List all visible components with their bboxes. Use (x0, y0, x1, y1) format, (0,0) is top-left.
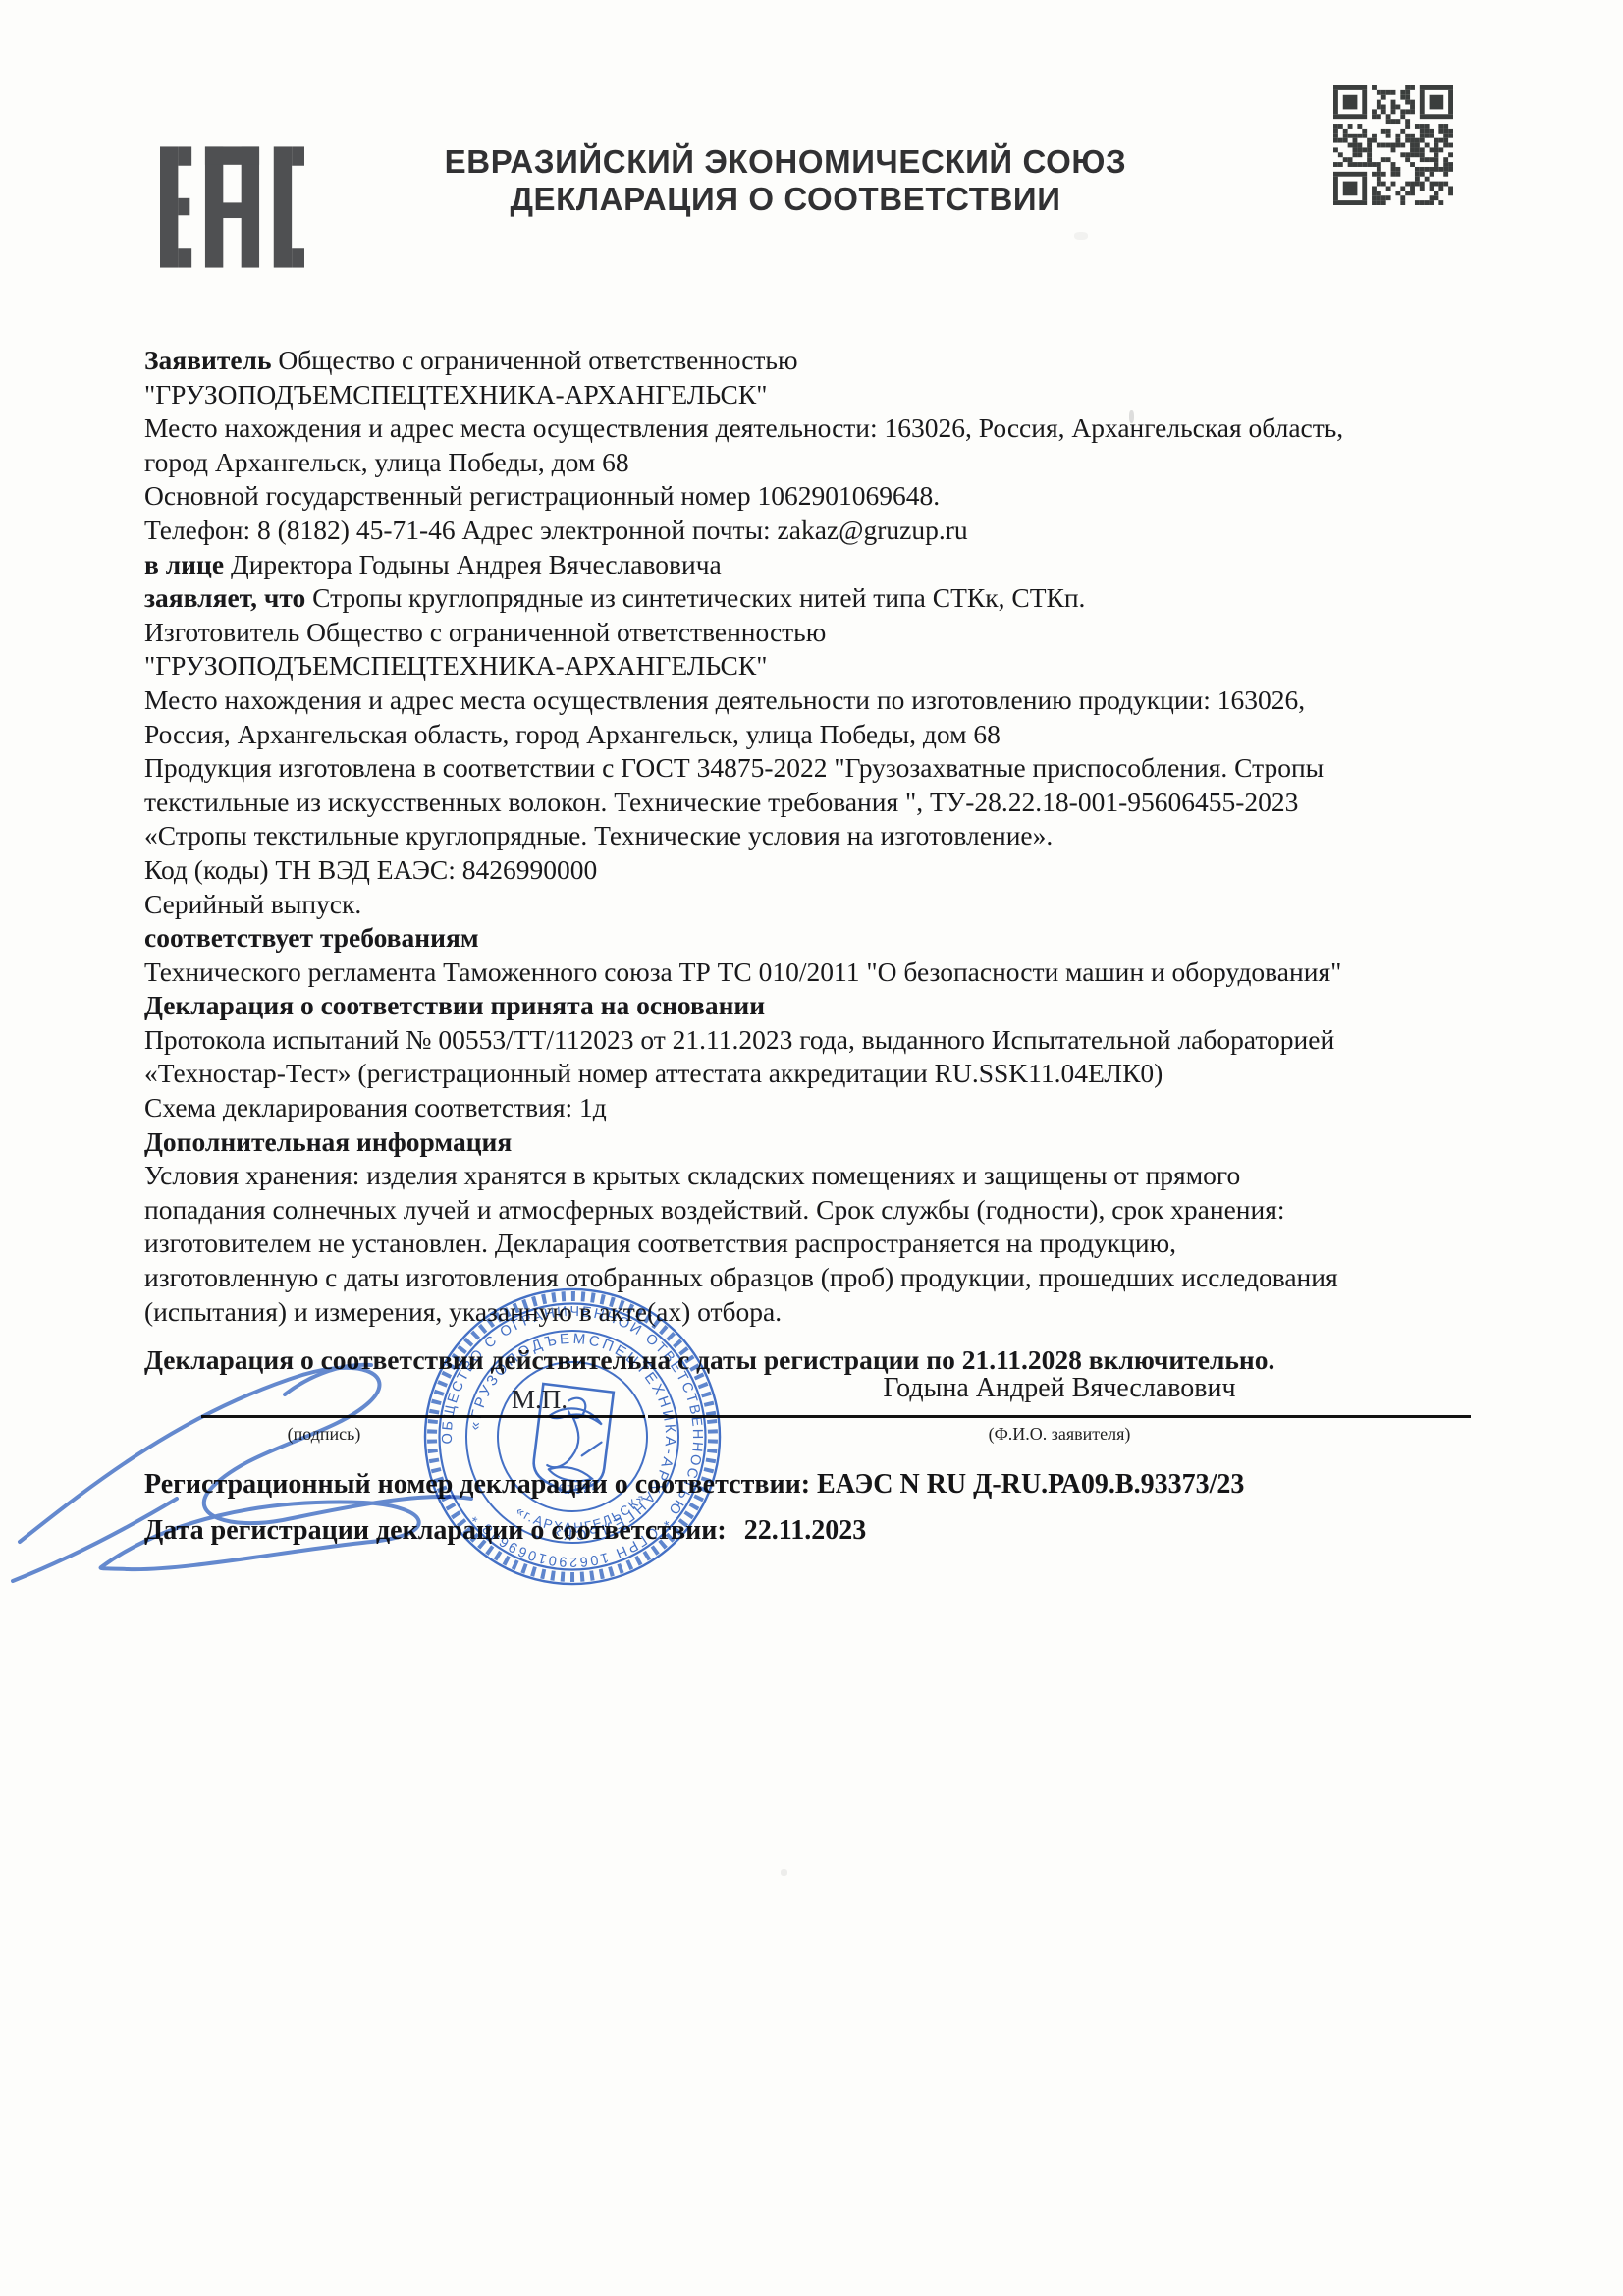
title-declaration: ДЕКЛАРАЦИЯ О СООТВЕТСТВИИ (393, 181, 1178, 218)
body-line: Декларация о соответствии принята на осн… (144, 989, 1519, 1023)
declaration-document: ЕВРАЗИЙСКИЙ ЭКОНОМИЧЕСКИЙ СОЮЗ ДЕКЛАРАЦИ… (0, 0, 1623, 2296)
body-line: соответствует требованиям (144, 921, 1519, 956)
body-line-text: изготовителем не установлен. Декларация … (144, 1228, 1176, 1258)
name-line (648, 1415, 1471, 1418)
qr-code (1333, 84, 1453, 206)
body-line: в лице Директора Годыны Андрея Вячеславо… (144, 548, 1519, 582)
signer-name: Годына Андрей Вячеславович (648, 1373, 1471, 1404)
body-line: Протокола испытаний № 00553/ТТ/112023 от… (144, 1023, 1519, 1058)
body-line: Изготовитель Общество с ограниченной отв… (144, 616, 1519, 650)
stamp-coat-of-arms (530, 1384, 614, 1497)
body-line: Телефон: 8 (8182) 45-71-46 Адрес электро… (144, 514, 1519, 548)
body-line-bold: соответствует требованиям (144, 922, 479, 953)
body-line: (испытания) и измерения, указанную в акт… (144, 1295, 1519, 1330)
body-line: текстильные из искусственных волокон. Те… (144, 786, 1519, 820)
company-stamp: ОБЩЕСТВО С ОГРАНИЧЕННОЙ ОТВЕТСТВЕННОСТЬЮ… (413, 1278, 731, 1596)
body-line-bold: Заявитель (144, 345, 272, 375)
body-line: Дополнительная информация (144, 1125, 1519, 1160)
body-line-text: Продукция изготовлена в соответствии с Г… (144, 752, 1324, 783)
body-line-text: Директора Годыны Андрея Вячеславовича (224, 549, 722, 579)
body-line-text: Россия, Архангельская область, город Арх… (144, 719, 1001, 749)
body-line: Продукция изготовлена в соответствии с Г… (144, 751, 1519, 786)
body-line: Россия, Архангельская область, город Арх… (144, 718, 1519, 752)
eac-logo (160, 142, 304, 272)
body-line-text: «Техностар-Тест» (регистрационный номер … (144, 1058, 1163, 1088)
body-line-text: Условия хранения: изделия хранятся в кры… (144, 1160, 1240, 1190)
body-line-text: Протокола испытаний № 00553/ТТ/112023 от… (144, 1024, 1334, 1055)
body-line-text: Место нахождения и адрес места осуществл… (144, 412, 1343, 443)
body-line: Код (коды) ТН ВЭД ЕАЭС: 8426990000 (144, 853, 1519, 888)
stamp-number-fragment: 67522 (556, 1476, 602, 1499)
scan-artifact (1074, 232, 1088, 240)
body-line: изготовителем не установлен. Декларация … (144, 1227, 1519, 1261)
scan-artifact (1129, 410, 1134, 423)
body-line: Место нахождения и адрес места осуществл… (144, 683, 1519, 718)
body-line-text: "ГРУЗОПОДЪЕМСПЕЦТЕХНИКА-АРХАНГЕЛЬСК" (144, 379, 767, 410)
body-line: Условия хранения: изделия хранятся в кры… (144, 1159, 1519, 1193)
body-line-text: Код (коды) ТН ВЭД ЕАЭС: 8426990000 (144, 854, 597, 885)
registration-date-value: 22.11.2023 (744, 1515, 866, 1546)
body-line: попадания солнечных лучей и атмосферных … (144, 1193, 1519, 1228)
declaration-body: Заявитель Общество с ограниченной ответс… (144, 344, 1519, 1378)
body-line-text: город Архангельск, улица Победы, дом 68 (144, 447, 629, 477)
body-line: Схема декларирования соответствия: 1д (144, 1091, 1519, 1125)
title-union: ЕВРАЗИЙСКИЙ ЭКОНОМИЧЕСКИЙ СОЮЗ (393, 143, 1178, 181)
scan-artifact (781, 1869, 787, 1876)
body-line: «Стропы текстильные круглопрядные. Техни… (144, 819, 1519, 853)
body-line-text: Изготовитель Общество с ограниченной отв… (144, 617, 826, 647)
body-line-bold: заявляет, что (144, 582, 305, 613)
body-line-text: Место нахождения и адрес места осуществл… (144, 684, 1305, 715)
body-line: "ГРУЗОПОДЪЕМСПЕЦТЕХНИКА-АРХАНГЕЛЬСК" (144, 649, 1519, 683)
body-line: Место нахождения и адрес места осуществл… (144, 411, 1519, 446)
body-line: "ГРУЗОПОДЪЕМСПЕЦТЕХНИКА-АРХАНГЕЛЬСК" (144, 378, 1519, 412)
body-line-text: «Стропы текстильные круглопрядные. Техни… (144, 820, 1053, 850)
body-line-text: Технического регламента Таможенного союз… (144, 957, 1341, 987)
body-line: Технического регламента Таможенного союз… (144, 956, 1519, 990)
body-line-text: изготовленную с даты изготовления отобра… (144, 1262, 1338, 1292)
body-line: Серийный выпуск. (144, 888, 1519, 922)
body-line: «Техностар-Тест» (регистрационный номер … (144, 1057, 1519, 1091)
body-line: Заявитель Общество с ограниченной ответс… (144, 344, 1519, 378)
body-line-text: Схема декларирования соответствия: 1д (144, 1092, 607, 1122)
body-line-text: "ГРУЗОПОДЪЕМСПЕЦТЕХНИКА-АРХАНГЕЛЬСК" (144, 650, 767, 681)
body-line-text: Серийный выпуск. (144, 889, 361, 919)
body-line: изготовленную с даты изготовления отобра… (144, 1261, 1519, 1295)
body-line: город Архангельск, улица Победы, дом 68 (144, 446, 1519, 480)
body-line-text: Стропы круглопрядные из синтетических ни… (305, 582, 1085, 613)
body-line-text: Телефон: 8 (8182) 45-71-46 Адрес электро… (144, 515, 968, 545)
body-line: Основной государственный регистрационный… (144, 479, 1519, 514)
body-line: заявляет, что Стропы круглопрядные из си… (144, 581, 1519, 616)
body-line-text: Общество с ограниченной ответственностью (272, 345, 798, 375)
body-line-text: Основной государственный регистрационный… (144, 480, 940, 511)
body-line-bold: Дополнительная информация (144, 1126, 512, 1157)
body-line-text: попадания солнечных лучей и атмосферных … (144, 1194, 1285, 1225)
body-line-bold: Декларация о соответствии принята на осн… (144, 990, 765, 1020)
document-title: ЕВРАЗИЙСКИЙ ЭКОНОМИЧЕСКИЙ СОЮЗ ДЕКЛАРАЦИ… (393, 143, 1178, 218)
body-line-text: текстильные из искусственных волокон. Те… (144, 787, 1298, 817)
body-line-bold: в лице (144, 549, 224, 579)
name-caption: (Ф.И.О. заявителя) (648, 1424, 1471, 1445)
